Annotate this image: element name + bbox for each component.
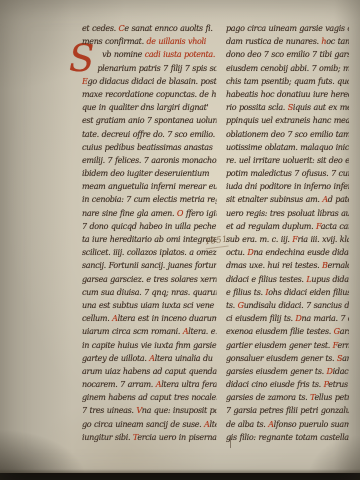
ink-text: pago circa uineam garsie vagis cui xyxy=(226,23,349,33)
ink-text: nare sine fine gla amen. xyxy=(82,208,177,218)
ink-text: 7 garsia petres filii petri gonzalues xyxy=(226,405,349,415)
ink-text: dono deo 7 sco emilio 7 tibi garsie xyxy=(226,49,349,59)
text-line: pago circa uineam garsie vagis cui xyxy=(226,22,349,35)
text-line: e filius ts. Iohs didaci eiden filius xyxy=(226,286,349,299)
ink-text: garsies eiusdem gener ts. xyxy=(226,366,327,376)
ink-text: meam anguetulia inferni merear euade xyxy=(82,181,216,191)
text-line: una est subtus uiam iuxta sci vene xyxy=(82,299,216,312)
text-line: que in qualiter dns largiri dignat' xyxy=(82,101,216,114)
text-line: scilicet. iiij. collazos iplatos. a omez xyxy=(82,246,216,259)
ink-text: ltera. e. xyxy=(188,326,216,336)
ink-text: exenoa eiusdem filie testes. xyxy=(226,326,334,336)
ink-text: gartier eiusdem gener test. xyxy=(226,340,333,350)
text-line: et cedes. Ce sanat ennco auolts fi. xyxy=(82,22,216,35)
text-line: in cenobia: 7 cum electis metria reg; xyxy=(82,193,216,206)
text-line: plenarium patris 7 filij 7 spis sci. xyxy=(82,62,216,75)
text-line: est gratiam anio 7 spontanea uolun xyxy=(82,114,216,127)
ink-text: d patem xyxy=(328,194,349,204)
ink-text: vb nomine xyxy=(102,49,145,59)
text-column-right: pago circa uineam garsie vagis cuidam ru… xyxy=(226,22,349,444)
ink-text: lfonso puerulo suam re xyxy=(274,419,349,429)
text-line: ts. Gundisalu didaci. 7 sancius dida xyxy=(226,299,349,312)
ink-text: ffero igit' xyxy=(183,208,216,218)
ink-text: sit etnalter subinsus am. xyxy=(226,194,322,204)
text-line: gonsaluer eiusdem gener ts. Sancius xyxy=(226,352,349,365)
text-line: habeatis hoc donatiuu iure heredita xyxy=(226,88,349,101)
text-line: sit etnalter subinsus am. Ad patem xyxy=(226,193,349,206)
text-line: go circa uineam sancij de suse. Altera xyxy=(82,418,216,431)
text-line: sub era. m. c. iij. Fria iii. xvij. klas xyxy=(226,233,349,246)
ink-text: uero regis: tres psoluat libras auri. xyxy=(226,208,349,218)
text-line: sancij. Fortunii sancij. juanes fortunij… xyxy=(82,259,216,272)
text-column-left: et cedes. Ce sanat ennco auolts fi.mens … xyxy=(82,22,216,444)
ink-text: ancius xyxy=(342,353,349,363)
text-line: re. uel irritare uoluerit: sit deo et xyxy=(226,154,349,167)
ink-text: cum sua diuisa. 7 qnq; nras. quarum xyxy=(82,287,216,297)
text-line: in capite huius vie iuxta fnm garsie xyxy=(82,339,216,352)
text-line: ci eiusdem filij ts. Dna maria. 7 dna xyxy=(226,312,349,325)
ink-text: in capite huius vie iuxta fnm garsie xyxy=(82,340,216,350)
ink-text: garsies de zamora ts. xyxy=(226,392,310,402)
ink-text: ohs didaci eiden filius xyxy=(268,287,349,297)
ink-text: na que: insuposit pa xyxy=(142,405,217,415)
ink-text: ria iii. xvij. klas xyxy=(298,234,349,244)
ink-text: gartey de uillota. xyxy=(82,353,149,363)
text-line: 7 garsia petres filii petri gonzalues xyxy=(226,404,349,417)
text-line: garsea garsciez. e tres solares xernos xyxy=(82,273,216,286)
ink-text: iquis aut ex meis xyxy=(293,102,349,112)
text-line: vb nomine cadi iusta potenta. xyxy=(82,48,216,61)
ink-text: re. uel irritare uoluerit: sit deo et xyxy=(226,155,349,165)
ink-text: oc tantu xyxy=(326,36,349,46)
ink-text: et cedes. xyxy=(82,23,119,33)
text-line: cellum. Altera est in inceno duarum xyxy=(82,312,216,325)
ink-text: e filius ts. xyxy=(226,287,265,297)
ink-text: cuius pedibus beatissimas anastas xyxy=(82,142,213,152)
ink-text: iungitur sibi. xyxy=(82,432,133,442)
text-line: ppinquis uel extraneis hanc mea xyxy=(226,114,349,127)
text-line: gis filio: regnante totam castella. xyxy=(226,431,349,444)
ink-text: que in qualiter dns largiri dignat' xyxy=(82,102,208,112)
text-line: uero regis: tres psoluat libras auri. xyxy=(226,207,349,220)
ink-text: cellum. xyxy=(82,313,112,323)
ink-text: ltera uinalia du xyxy=(155,353,213,363)
ink-text: potim maledictus 7 ofusus. 7 cum xyxy=(226,168,349,178)
ink-text: uiarum circa scm romani. xyxy=(82,326,183,336)
ink-text: etrus xyxy=(328,379,347,389)
ink-text: ercia uero in piserna xyxy=(137,432,216,442)
ink-text: ta iure hereditario ab omi integrate xyxy=(82,234,216,244)
ink-text: ts. xyxy=(226,300,238,310)
ink-text: una est subtus uiam iuxta sci vene xyxy=(82,300,214,310)
ink-text: go didacus didaci de blasain. postq; xyxy=(88,76,217,86)
text-line: uiarum circa scm romani. Altera. e. xyxy=(82,325,216,338)
ink-text: 7 dono quicqd habeo in uilla peche. xyxy=(82,221,216,231)
photo-bottom-edge xyxy=(0,473,360,480)
ink-text: ltera est in inceno duarum xyxy=(118,313,217,323)
ink-text: gonsaluer eiusdem gener ts. xyxy=(226,353,337,363)
text-line: cum sua diuisa. 7 qnq; nras. quarum xyxy=(82,286,216,299)
text-line: octu. Dna endechina eusde didaci xyxy=(226,246,349,259)
text-line: dam rustica de nunares. hoc tantu xyxy=(226,35,349,48)
ink-text: dam rustica de nunares. xyxy=(226,36,321,46)
ink-text: sancij. Fortunii sancij. juanes fortunij… xyxy=(82,260,216,270)
text-line: exenoa eiusdem filie testes. Garsia xyxy=(226,325,349,338)
rubric-text: de uillanis vholi xyxy=(147,36,207,46)
ink-text: ginem habens ad caput tres nocales. xyxy=(82,392,216,402)
ink-text: nocarem. 7 arram. xyxy=(82,379,156,389)
text-line: cuius pedibus beatissimas anastas xyxy=(82,141,216,154)
text-line: 7 dono quicqd habeo in uilla peche. xyxy=(82,220,216,233)
ink-text: 7 tres uineas. xyxy=(82,405,136,415)
ink-text: upus didaci xyxy=(311,274,349,284)
ink-text: et ad regulam duplum. xyxy=(226,221,316,231)
text-line: garsies de zamora ts. Tellus petres xyxy=(226,391,349,404)
ink-text: ppinquis uel extraneis hanc mea xyxy=(226,115,349,125)
text-line: gartier eiusdem gener test. Fernand' xyxy=(226,339,349,352)
text-line: maxe recordatione copunctas. de his xyxy=(82,88,216,101)
text-line: uotissime oblatam. malaquo inicia xyxy=(226,141,349,154)
ink-text: octu. xyxy=(226,247,247,257)
ink-text: ernand' xyxy=(337,340,348,350)
ink-text: mens confirmat. xyxy=(82,36,147,46)
text-line: ibidem deo iugiter deseruientium xyxy=(82,167,216,180)
text-line: rio possita scla. Siquis aut ex meis xyxy=(226,101,349,114)
text-line: nocarem. 7 arram. Altera ultra fera xyxy=(82,378,216,391)
ink-text: gis filio: regnante totam castella. xyxy=(226,432,349,442)
text-line: 7 tres uineas. Vna que: insuposit pa xyxy=(82,404,216,417)
ink-text: plenarium patris 7 filij 7 spis sci. xyxy=(97,63,216,73)
ink-text: garsea garsciez. e tres solares xernos xyxy=(82,274,216,284)
text-line: ta iure hereditario ab omi integrate xyxy=(82,233,216,246)
ink-text: uotissime oblatam. malaquo inicia xyxy=(226,142,349,152)
text-line: garsies eiusdem gener ts. Didacus xyxy=(226,365,349,378)
ink-text: acta carta xyxy=(321,221,349,231)
text-line: iungitur sibi. Tercia uero in piserna xyxy=(82,431,216,444)
text-line: de alba ts. Alfonso puerulo suam re xyxy=(226,418,349,431)
text-line: eiusdem cenobij abbi. 7 omib; mona xyxy=(226,62,349,75)
ink-text: rio possita scla. xyxy=(226,102,288,112)
text-line: Ego didacus didaci de blasain. postq; xyxy=(82,75,216,88)
text-line: mens confirmat. de uillanis vholi xyxy=(82,35,216,48)
text-line: potim maledictus 7 ofusus. 7 cum xyxy=(226,167,349,180)
ink-text: dmas uxe. hui rei testes. xyxy=(226,260,322,270)
ink-text: oblationem deo 7 sco emilio tam de xyxy=(226,129,349,139)
ink-text: go circa uineam sancij de suse. xyxy=(82,419,204,429)
ink-text: in cenobia: 7 cum electis metria reg; xyxy=(82,194,216,204)
text-line: dono deo 7 sco emilio 7 tibi garsie xyxy=(226,48,349,61)
ink-text: didaci e filius testes. xyxy=(226,274,306,284)
text-line: oblationem deo 7 sco emilio tam de xyxy=(226,128,349,141)
manuscript-photo: S et cedes. Ce sanat ennco auolts fi.men… xyxy=(0,0,360,480)
ink-text: e sanat ennco auolts fi. xyxy=(124,23,212,33)
ruling-mark xyxy=(230,437,231,448)
ink-text: est gratiam anio 7 spontanea uolun xyxy=(82,115,216,125)
ink-text: de alba ts. xyxy=(226,419,268,429)
ink-text: habeatis hoc donatiuu iure heredita xyxy=(226,89,349,99)
text-line: didaci cino eiusde fris ts. Petrus xyxy=(226,378,349,391)
text-line: didaci e filius testes. Lupus didaci xyxy=(226,273,349,286)
ink-text: didaci cino eiusde fris ts. xyxy=(226,379,324,389)
ink-text: sub era. m. c. iij. xyxy=(226,234,292,244)
ink-text: undisalu didaci. 7 sancius dida xyxy=(244,300,349,310)
ink-text: arsia xyxy=(340,326,349,336)
ink-text: ltera ultra fera xyxy=(161,379,216,389)
ink-text: emilij. 7 felices. 7 aaronis monachoz xyxy=(82,155,216,165)
text-line: et ad regulam duplum. Facta carta xyxy=(226,220,349,233)
ink-text: ellus petres xyxy=(314,392,348,402)
ink-text: ibidem deo iugiter deseruientium xyxy=(82,168,209,178)
ink-text: tate. decreui offre do. 7 sco emilio. xyxy=(82,129,215,139)
ink-text: arum uiaz habens ad caput quenda xyxy=(82,366,216,376)
ink-text: ernaldus xyxy=(328,260,349,270)
ink-text: maxe recordatione copunctas. de his xyxy=(82,89,216,99)
ink-text: chis tam psentib; quam futs. quod xyxy=(226,76,349,86)
ink-text: na maria. 7 dna xyxy=(302,313,349,323)
text-line: emilij. 7 felices. 7 aaronis monachoz xyxy=(82,154,216,167)
text-line: nare sine fine gla amen. O ffero igit' xyxy=(82,207,216,220)
text-line: chis tam psentib; quam futs. quod xyxy=(226,75,349,88)
ink-text: eiusdem cenobij abbi. 7 omib; mona xyxy=(226,63,349,73)
ink-text: scilicet. iiij. collazos iplatos. a omez xyxy=(82,247,216,257)
text-line: ginem habens ad caput tres nocales. xyxy=(82,391,216,404)
text-line: arum uiaz habens ad caput quenda xyxy=(82,365,216,378)
text-line: meam anguetulia inferni merear euade xyxy=(82,180,216,193)
rubric-text: cadi iusta potenta. xyxy=(145,49,215,59)
ink-text: ci eiusdem filij ts. xyxy=(226,313,295,323)
ink-text: idacus xyxy=(333,366,349,376)
ink-text: na endechina eusde didaci xyxy=(253,247,348,257)
ink-text: ltera xyxy=(210,419,217,429)
ink-text: iuda dni poditore in inferno inferius xyxy=(226,181,349,191)
text-line: iuda dni poditore in inferno inferius xyxy=(226,180,349,193)
text-line: tate. decreui offre do. 7 sco emilio. xyxy=(82,128,216,141)
text-line: dmas uxe. hui rei testes. Bernaldus xyxy=(226,259,349,272)
text-line: gartey de uillota. Altera uinalia du xyxy=(82,352,216,365)
